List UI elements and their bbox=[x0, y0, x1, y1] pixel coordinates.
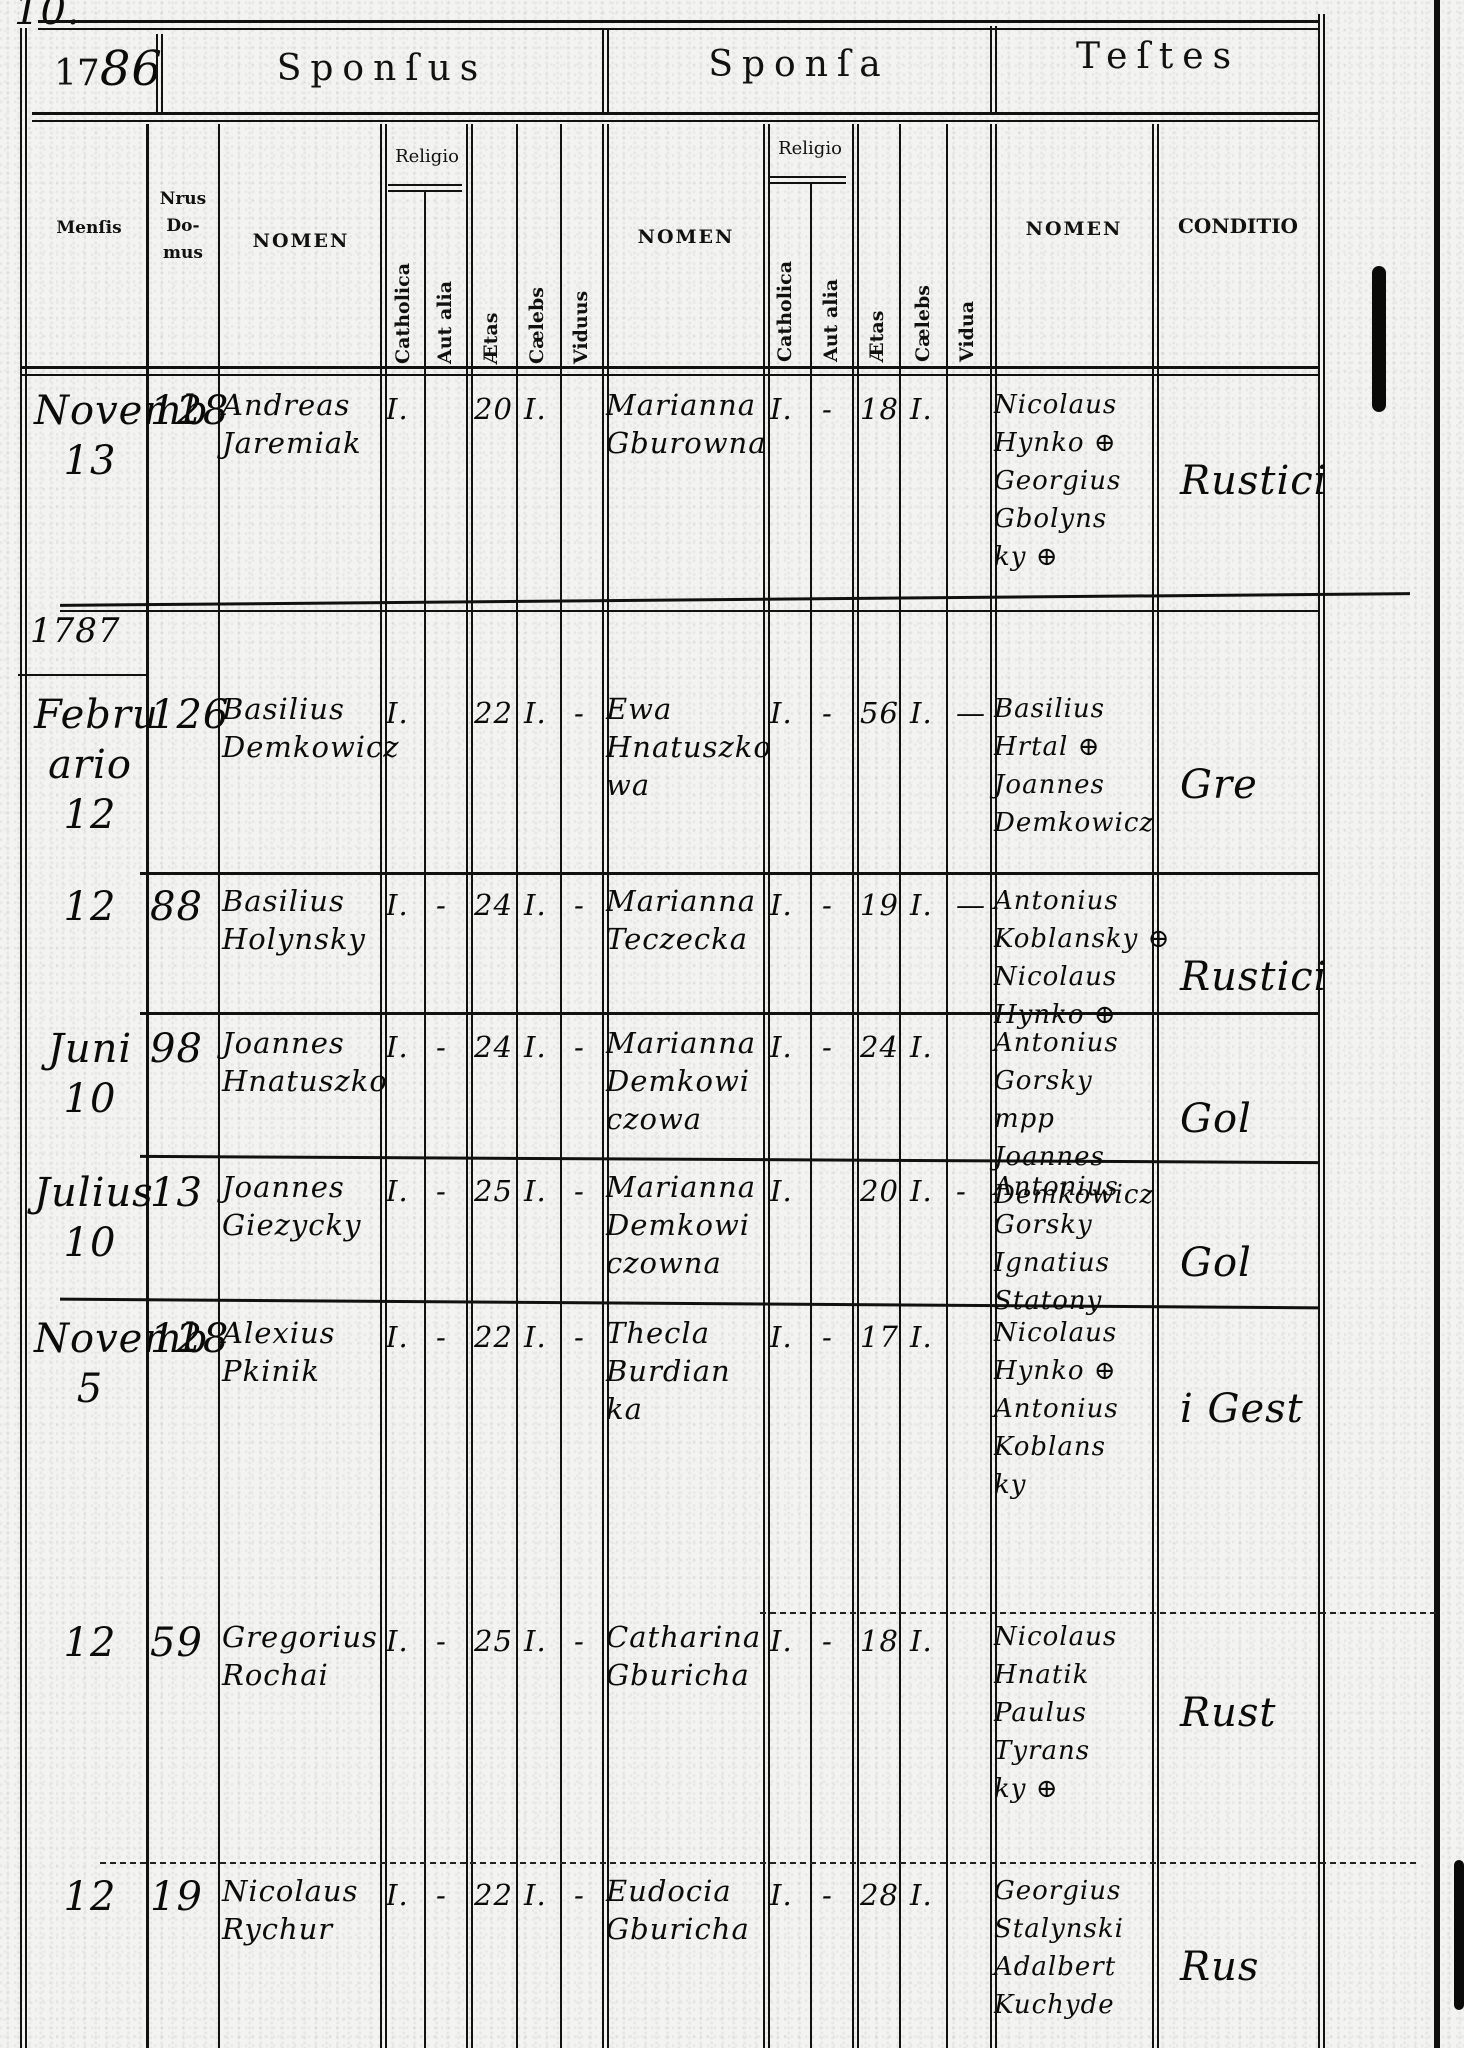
entry-sponsus-catholica: I. bbox=[386, 1876, 409, 1914]
col-head-sponsus-nomen: NOMEN bbox=[222, 230, 380, 252]
entry-sponsus-nomen: BasiliusDemkowicz bbox=[222, 690, 400, 766]
entry-sponsa-nomen-line: Gburowna bbox=[606, 424, 767, 462]
entry-sponsa-aetas: 19 bbox=[860, 886, 899, 924]
religio-rule bbox=[388, 184, 462, 186]
margin-ink-stroke-2 bbox=[1454, 1860, 1464, 2010]
col-head-sponsa-vidua: Vidua bbox=[956, 294, 978, 362]
entry-testes-nomen-line: Basilius bbox=[994, 690, 1154, 728]
col-line-autalia bbox=[466, 124, 473, 2048]
entry-sponsa-catholica: I. bbox=[770, 694, 793, 732]
entry-mensis-line: 12 bbox=[34, 1618, 146, 1668]
entry-sponsa-nomen: MariannaGburowna bbox=[606, 386, 767, 462]
entry-sponsus-aetas: 25 bbox=[474, 1622, 513, 1660]
entry-mensis: 12 bbox=[34, 1872, 146, 1922]
entry-conditio: i Gest bbox=[1180, 1384, 1304, 1434]
col-head-do: Do- bbox=[150, 213, 216, 240]
entry-sponsa-nomen-line: Eudocia bbox=[606, 1872, 750, 1910]
religio-rule-sponsa bbox=[770, 176, 846, 178]
entry-mensis: Novemb13 bbox=[34, 386, 146, 486]
entry-sponsus-aetas: 24 bbox=[474, 1028, 513, 1066]
entry-testes-nomen-line: Joannes bbox=[994, 766, 1154, 804]
entry-sponsus-nomen-line: Rochai bbox=[222, 1656, 378, 1694]
entry-sponsa-vidua: — bbox=[956, 694, 986, 732]
entry-mensis-line: ario bbox=[34, 740, 146, 790]
entry-sponsa-nomen-line: czowna bbox=[606, 1244, 756, 1282]
entry-sponsus-caelebs: I. bbox=[524, 1622, 547, 1660]
entry-sponsa-aut-alia: - bbox=[822, 886, 833, 924]
entry-testes-nomen-line: Georgius bbox=[994, 462, 1121, 500]
group-row-rule-inner bbox=[32, 120, 1318, 122]
entry-testes-nomen-line: Hnatik bbox=[994, 1656, 1117, 1694]
entry-sponsa-nomen: CatharinaGburicha bbox=[606, 1618, 761, 1694]
col-head-conditio: CONDITIO bbox=[1160, 214, 1316, 238]
col-head-viduus: Viduus bbox=[570, 290, 592, 364]
entry-nrus-domus: 88 bbox=[150, 882, 203, 932]
entry-testes-nomen-line: Gorsky bbox=[994, 1206, 1119, 1244]
col-head-mus: mus bbox=[150, 240, 216, 267]
entry-mensis-line: 12 bbox=[34, 790, 146, 840]
entry-mensis-line: Julius bbox=[34, 1168, 146, 1218]
entry-sponsa-caelebs: I. bbox=[910, 390, 933, 428]
entry-testes-nomen-line: Nicolaus bbox=[994, 386, 1121, 424]
year-handwritten: 86 bbox=[100, 41, 163, 97]
entry-sponsa-caelebs: I. bbox=[910, 1622, 933, 1660]
entry-sponsa-nomen-line: Thecla bbox=[606, 1314, 731, 1352]
entry-sponsus-aut-alia: - bbox=[436, 1028, 447, 1066]
entry-sponsa-vidua: - bbox=[956, 1172, 967, 1210]
entry-testes-nomen: BasiliusHrtal ⊕JoannesDemkowicz bbox=[994, 690, 1154, 842]
register-year: 1786 bbox=[54, 50, 163, 94]
entry-testes-nomen-line: Antonius bbox=[994, 1024, 1154, 1062]
entry-mensis-line: 10 bbox=[34, 1074, 146, 1124]
col-head-caelebs: Cælebs bbox=[526, 290, 548, 364]
entry-conditio: Rustici bbox=[1180, 952, 1327, 1002]
entry-sponsa-nomen-line: czowa bbox=[606, 1100, 756, 1138]
col-head-sponsa-aut-alia: Aut alia bbox=[820, 270, 842, 362]
entry-sponsus-nomen-line: Hnatuszko bbox=[222, 1062, 388, 1100]
entry-sponsus-aetas: 24 bbox=[474, 886, 513, 924]
entry-mensis: 12 bbox=[34, 882, 146, 932]
entry-sponsus-nomen: GregoriusRochai bbox=[222, 1618, 378, 1694]
entry-sponsa-nomen: EwaHnatuszkowa bbox=[606, 690, 772, 804]
entry-nrus-domus: 126 bbox=[150, 690, 229, 740]
sponsus-sponsa-divider bbox=[602, 30, 609, 114]
entry-sponsa-aut-alia: - bbox=[822, 1622, 833, 1660]
entry-sponsus-catholica: I. bbox=[386, 1622, 409, 1660]
entry-sponsus-nomen: NicolausRychur bbox=[222, 1872, 358, 1948]
entry-testes-nomen-line: Antonius bbox=[994, 882, 1170, 920]
row-rule-1b bbox=[60, 610, 1320, 612]
entry-sponsus-nomen-line: Rychur bbox=[222, 1910, 358, 1948]
entry-testes-nomen-line: Tyrans bbox=[994, 1732, 1117, 1770]
year-marker: 1787 bbox=[30, 612, 121, 650]
entry-sponsa-nomen-line: Marianna bbox=[606, 1024, 756, 1062]
entry-testes-nomen: GeorgiusStalynskiAdalbertKuchyde bbox=[994, 1872, 1124, 2024]
entry-sponsus-caelebs: I. bbox=[524, 886, 547, 924]
entry-sponsus-viduus: - bbox=[574, 1622, 585, 1660]
col-head-nrus-domus: Nrus Do- mus bbox=[150, 186, 216, 267]
entry-sponsa-nomen-line: Marianna bbox=[606, 1168, 756, 1206]
entry-testes-nomen-line: ky ⊕ bbox=[994, 538, 1121, 576]
entry-sponsus-caelebs: I. bbox=[524, 390, 547, 428]
entry-sponsa-caelebs: I. bbox=[910, 1028, 933, 1066]
entry-sponsa-catholica: I. bbox=[770, 1876, 793, 1914]
row-rule-7 bbox=[100, 1862, 1420, 1864]
entry-mensis-line: Novemb bbox=[34, 1314, 146, 1364]
entry-sponsus-catholica: I. bbox=[386, 694, 409, 732]
col-line-catholica bbox=[424, 192, 426, 2048]
row-rule-6 bbox=[760, 1612, 1440, 1614]
entry-sponsus-aut-alia: - bbox=[436, 886, 447, 924]
entry-sponsus-nomen-line: Pkinik bbox=[222, 1352, 336, 1390]
entry-sponsus-nomen-line: Gregorius bbox=[222, 1618, 378, 1656]
entry-sponsus-catholica: I. bbox=[386, 1028, 409, 1066]
entry-mensis-line: 12 bbox=[34, 882, 146, 932]
entry-sponsus-aetas: 22 bbox=[474, 1318, 513, 1356]
entry-sponsa-aut-alia: - bbox=[822, 390, 833, 428]
entry-sponsa-nomen-line: Marianna bbox=[606, 386, 767, 424]
entry-sponsus-nomen-line: Holynsky bbox=[222, 920, 366, 958]
top-rule-inner bbox=[38, 28, 1318, 30]
entry-conditio: Gol bbox=[1180, 1094, 1252, 1144]
entry-sponsus-nomen-line: Basilius bbox=[222, 882, 366, 920]
entry-sponsa-nomen-line: Marianna bbox=[606, 882, 756, 920]
entry-sponsus-aetas: 22 bbox=[474, 1876, 513, 1914]
entry-mensis: 12 bbox=[34, 1618, 146, 1668]
entry-testes-nomen-line: Ignatius bbox=[994, 1244, 1119, 1282]
page-edge bbox=[1434, 0, 1440, 2048]
entry-testes-nomen-line: Nicolaus bbox=[994, 1314, 1119, 1352]
entry-sponsus-caelebs: I. bbox=[524, 1028, 547, 1066]
entry-sponsus-nomen-line: Nicolaus bbox=[222, 1872, 358, 1910]
col-head-catholica: Catholica bbox=[392, 268, 414, 364]
entry-sponsa-catholica: I. bbox=[770, 390, 793, 428]
entry-testes-nomen-line: ky ⊕ bbox=[994, 1770, 1117, 1808]
entry-mensis-line: Febru bbox=[34, 690, 146, 740]
year-group-divider bbox=[156, 34, 163, 114]
entry-conditio: Rust bbox=[1180, 1688, 1276, 1738]
entry-sponsus-catholica: I. bbox=[386, 1172, 409, 1210]
entry-testes-nomen: NicolausHnatikPaulusTyransky ⊕ bbox=[994, 1618, 1117, 1808]
entry-mensis: Juni10 bbox=[34, 1024, 146, 1124]
entry-mensis-line: 13 bbox=[34, 436, 146, 486]
entry-sponsus-nomen-line: Jaremiak bbox=[222, 424, 362, 462]
entry-mensis: Julius10 bbox=[34, 1168, 146, 1268]
group-title-testes: Teſtes bbox=[998, 36, 1318, 77]
entry-sponsa-nomen: EudociaGburicha bbox=[606, 1872, 750, 1948]
row-rule-5 bbox=[60, 1298, 1320, 1310]
right-border bbox=[1318, 14, 1325, 2048]
entry-sponsa-aetas: 24 bbox=[860, 1028, 899, 1066]
entry-testes-nomen-line: Nicolaus bbox=[994, 1618, 1117, 1656]
religio-rule-sponsa-2 bbox=[770, 182, 846, 184]
col-head-religio: Religio bbox=[388, 146, 466, 167]
entry-sponsus-aetas: 22 bbox=[474, 694, 513, 732]
entry-sponsus-aetas: 25 bbox=[474, 1172, 513, 1210]
entry-sponsus-catholica: I. bbox=[386, 886, 409, 924]
entry-sponsus-caelebs: I. bbox=[524, 1876, 547, 1914]
entry-sponsus-nomen-line: Alexius bbox=[222, 1314, 336, 1352]
year-printed: 17 bbox=[54, 53, 100, 94]
entry-testes-nomen-line: Georgius bbox=[994, 1872, 1124, 1910]
entry-sponsa-nomen-line: Teczecka bbox=[606, 920, 756, 958]
entry-sponsa-caelebs: I. bbox=[910, 694, 933, 732]
entry-sponsa-vidua: — bbox=[956, 886, 986, 924]
entry-sponsus-nomen-line: Demkowicz bbox=[222, 728, 400, 766]
entry-sponsus-nomen-line: Joannes bbox=[222, 1024, 388, 1062]
entry-sponsa-nomen-line: Hnatuszko bbox=[606, 728, 772, 766]
entry-testes-nomen-line: Gorsky bbox=[994, 1062, 1154, 1100]
entry-sponsa-aetas: 18 bbox=[860, 390, 899, 428]
entry-testes-nomen-line: Stalynski bbox=[994, 1910, 1124, 1948]
entry-sponsus-nomen-line: Giezycky bbox=[222, 1206, 361, 1244]
entry-sponsa-catholica: I. bbox=[770, 886, 793, 924]
entry-conditio: Gre bbox=[1180, 760, 1258, 810]
left-border bbox=[20, 28, 27, 2048]
entry-sponsa-catholica: I. bbox=[770, 1172, 793, 1210]
header-rule bbox=[22, 366, 1318, 369]
entry-sponsus-catholica: I. bbox=[386, 1318, 409, 1356]
entry-sponsa-caelebs: I. bbox=[910, 1876, 933, 1914]
entry-sponsus-nomen-line: Basilius bbox=[222, 690, 400, 728]
religio-rule-2 bbox=[388, 190, 462, 192]
entry-sponsa-nomen-line: ka bbox=[606, 1390, 731, 1428]
entry-testes-nomen-line: ky bbox=[994, 1466, 1119, 1504]
col-head-nrus: Nrus bbox=[150, 186, 216, 213]
entry-testes-nomen-line: Demkowicz bbox=[994, 804, 1154, 842]
entry-testes-nomen-line: Gbolyns bbox=[994, 500, 1121, 538]
entry-sponsus-catholica: I. bbox=[386, 390, 409, 428]
entry-sponsa-aut-alia: - bbox=[822, 1318, 833, 1356]
entry-testes-nomen-line: Nicolaus bbox=[994, 958, 1170, 996]
entry-mensis-line: Novemb bbox=[34, 386, 146, 436]
entry-sponsus-viduus: - bbox=[574, 1876, 585, 1914]
header-rule-inner bbox=[22, 374, 1318, 376]
entry-testes-nomen-line: Koblansky ⊕ bbox=[994, 920, 1170, 958]
entry-nrus-domus: 19 bbox=[150, 1872, 203, 1922]
col-head-sponsa-nomen: NOMEN bbox=[610, 226, 762, 248]
entry-testes-nomen-line: Hynko ⊕ bbox=[994, 424, 1121, 462]
entry-sponsus-nomen: JoannesGiezycky bbox=[222, 1168, 361, 1244]
entry-sponsus-caelebs: I. bbox=[524, 1318, 547, 1356]
row-rule-2 bbox=[140, 872, 1320, 875]
entry-testes-nomen-line: Antonius bbox=[994, 1390, 1119, 1428]
entry-sponsa-aut-alia: - bbox=[822, 1876, 833, 1914]
entry-sponsus-nomen: JoannesHnatuszko bbox=[222, 1024, 388, 1100]
entry-mensis: Februario12 bbox=[34, 690, 146, 840]
entry-sponsus-viduus: - bbox=[574, 1028, 585, 1066]
entry-sponsus-nomen-line: Joannes bbox=[222, 1168, 361, 1206]
entry-mensis-line: 12 bbox=[34, 1872, 146, 1922]
entry-sponsa-nomen-line: Burdian bbox=[606, 1352, 731, 1390]
entry-sponsus-nomen-line: Andreas bbox=[222, 386, 362, 424]
row-rule-1 bbox=[60, 592, 1410, 607]
entry-testes-nomen: AntoniusKoblansky ⊕NicolausHynko ⊕ bbox=[994, 882, 1170, 1034]
entry-sponsus-viduus: - bbox=[574, 1172, 585, 1210]
entry-sponsa-nomen-line: Ewa bbox=[606, 690, 772, 728]
entry-mensis-line: Juni bbox=[34, 1024, 146, 1074]
col-line-aetas bbox=[516, 124, 518, 2048]
entry-sponsa-nomen: MariannaTeczecka bbox=[606, 882, 756, 958]
entry-testes-nomen-line: Koblans bbox=[994, 1428, 1119, 1466]
entry-sponsa-catholica: I. bbox=[770, 1028, 793, 1066]
entry-sponsus-aetas: 20 bbox=[474, 390, 513, 428]
entry-nrus-domus: 59 bbox=[150, 1618, 203, 1668]
entry-sponsus-aut-alia: - bbox=[436, 1318, 447, 1356]
entry-sponsa-nomen-line: wa bbox=[606, 766, 772, 804]
entry-sponsa-aetas: 56 bbox=[860, 694, 899, 732]
entry-sponsus-nomen: BasiliusHolynsky bbox=[222, 882, 366, 958]
entry-testes-nomen-line: Hynko ⊕ bbox=[994, 1352, 1119, 1390]
col-head-sponsa-caelebs: Cælebs bbox=[912, 282, 934, 362]
col-head-testes-nomen: NOMEN bbox=[998, 218, 1150, 240]
entry-nrus-domus: 128 bbox=[150, 386, 229, 436]
col-head-sponsa-religio: Religio bbox=[770, 138, 850, 159]
entry-sponsus-nomen: AndreasJaremiak bbox=[222, 386, 362, 462]
entry-sponsus-caelebs: I. bbox=[524, 694, 547, 732]
entry-sponsus-aut-alia: - bbox=[436, 1172, 447, 1210]
entry-testes-nomen-line: Kuchyde bbox=[994, 1986, 1124, 2024]
entry-sponsus-aut-alia: - bbox=[436, 1876, 447, 1914]
col-head-mensis: Menſis bbox=[32, 218, 146, 238]
col-line-caelebs bbox=[560, 124, 562, 2048]
entry-sponsus-aut-alia: - bbox=[436, 1622, 447, 1660]
group-title-sponsus: Sponſus bbox=[164, 48, 600, 89]
col-line-sponsa-caelebs bbox=[946, 124, 948, 2048]
col-head-sponsa-catholica: Catholica bbox=[774, 262, 796, 362]
top-rule bbox=[38, 20, 1318, 23]
entry-sponsa-caelebs: I. bbox=[910, 1172, 933, 1210]
entry-mensis-line: 10 bbox=[34, 1218, 146, 1268]
col-head-aetas: Ætas bbox=[480, 310, 502, 364]
group-title-sponsa: Sponſa bbox=[610, 44, 988, 85]
col-line-sponsa-autalia bbox=[852, 124, 859, 2048]
entry-sponsa-caelebs: I. bbox=[910, 886, 933, 924]
entry-mensis-line: 5 bbox=[34, 1364, 146, 1414]
entry-testes-nomen-line: mpp bbox=[994, 1100, 1154, 1138]
entry-sponsa-aetas: 28 bbox=[860, 1876, 899, 1914]
entry-sponsa-aetas: 17 bbox=[860, 1318, 899, 1356]
entry-mensis: Novemb5 bbox=[34, 1314, 146, 1414]
entry-sponsus-viduus: - bbox=[574, 886, 585, 924]
margin-ink-stroke bbox=[1372, 266, 1386, 412]
entry-sponsa-catholica: I. bbox=[770, 1622, 793, 1660]
entry-sponsa-nomen-line: Catharina bbox=[606, 1618, 761, 1656]
col-head-aut-alia: Aut alia bbox=[434, 274, 456, 364]
entry-conditio: Rustici bbox=[1180, 456, 1327, 506]
entry-sponsa-nomen-line: Gburicha bbox=[606, 1656, 761, 1694]
entry-testes-nomen-line: Antonius bbox=[994, 1168, 1119, 1206]
entry-testes-nomen: AntoniusGorskyIgnatiusStatony bbox=[994, 1168, 1119, 1320]
entry-testes-nomen: NicolausHynko ⊕AntoniusKoblansky bbox=[994, 1314, 1119, 1504]
sponsa-testes-divider bbox=[990, 26, 997, 114]
entry-sponsa-aetas: 20 bbox=[860, 1172, 899, 1210]
entry-testes-nomen: NicolausHynko ⊕GeorgiusGbolynsky ⊕ bbox=[994, 386, 1121, 576]
entry-sponsus-viduus: - bbox=[574, 694, 585, 732]
year-marker-rule bbox=[18, 674, 146, 676]
entry-sponsus-caelebs: I. bbox=[524, 1172, 547, 1210]
entry-sponsa-nomen: MariannaDemkowiczowna bbox=[606, 1168, 756, 1282]
group-row-rule bbox=[32, 112, 1318, 115]
entry-testes-nomen-line: Hrtal ⊕ bbox=[994, 728, 1154, 766]
entry-sponsa-nomen-line: Demkowi bbox=[606, 1206, 756, 1244]
entry-nrus-domus: 128 bbox=[150, 1314, 229, 1364]
entry-testes-nomen-line: Paulus bbox=[994, 1694, 1117, 1732]
entry-sponsa-nomen: MariannaDemkowiczowa bbox=[606, 1024, 756, 1138]
entry-nrus-domus: 98 bbox=[150, 1024, 203, 1074]
entry-sponsa-aut-alia: - bbox=[822, 694, 833, 732]
entry-conditio: Rus bbox=[1180, 1942, 1259, 1992]
entry-sponsa-aut-alia: - bbox=[822, 1028, 833, 1066]
entry-sponsa-catholica: I. bbox=[770, 1318, 793, 1356]
entry-sponsa-nomen-line: Demkowi bbox=[606, 1062, 756, 1100]
entry-sponsa-nomen: TheclaBurdianka bbox=[606, 1314, 731, 1428]
entry-testes-nomen-line: Adalbert bbox=[994, 1948, 1124, 1986]
entry-sponsa-caelebs: I. bbox=[910, 1318, 933, 1356]
entry-sponsus-nomen: AlexiusPkinik bbox=[222, 1314, 336, 1390]
entry-sponsus-viduus: - bbox=[574, 1318, 585, 1356]
col-head-sponsa-aetas: Ætas bbox=[866, 306, 888, 362]
entry-sponsa-nomen-line: Gburicha bbox=[606, 1910, 750, 1948]
entry-conditio: Gol bbox=[1180, 1238, 1252, 1288]
entry-nrus-domus: 13 bbox=[150, 1168, 203, 1218]
entry-sponsa-aetas: 18 bbox=[860, 1622, 899, 1660]
col-line-sponsa-aetas bbox=[899, 124, 901, 2048]
col-line-sponsa-catholica bbox=[810, 184, 812, 2048]
